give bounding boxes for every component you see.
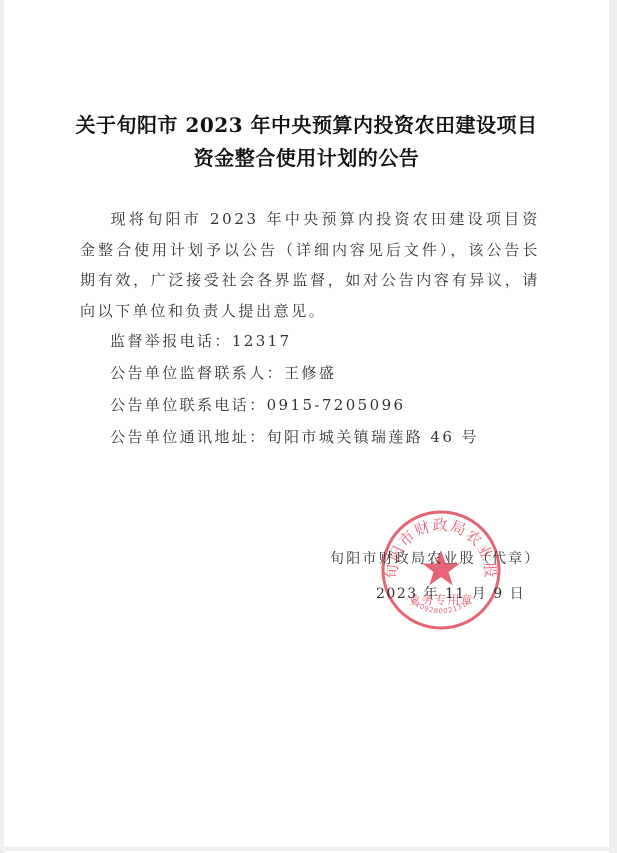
- seal-icon: 旬阳市财政局农业股 业务专用章 6109280021318: [379, 508, 503, 632]
- info-value: 0915-7205096: [267, 396, 406, 414]
- info-value: 12317: [232, 332, 292, 350]
- official-seal-stamp: 旬阳市财政局农业股 业务专用章 6109280021318: [379, 508, 503, 632]
- document-page: 关于旬阳市 2023 年中央预算内投资农田建设项目 资金整合使用计划的公告 现将…: [4, 0, 609, 847]
- document-title-line-2: 资金整合使用计划的公告: [4, 142, 609, 171]
- info-value: 王修盛: [284, 364, 336, 382]
- signature-date: 2023 年 11 月 9 日: [376, 583, 525, 603]
- document-title-line-1: 关于旬阳市 2023 年中央预算内投资农田建设项目: [4, 109, 609, 138]
- body-paragraph-text: 现将旬阳市 2023 年中央预算内投资农田建设项目资金整合使用计划予以公告（详细…: [80, 210, 540, 320]
- info-line-report-phone: 监督举报电话：12317: [110, 330, 292, 351]
- info-label: 监督举报电话：: [110, 332, 232, 350]
- info-label: 公告单位通讯地址：: [110, 428, 267, 446]
- body-paragraph: 现将旬阳市 2023 年中央预算内投资农田建设项目资金整合使用计划予以公告（详细…: [80, 204, 540, 326]
- info-label: 公告单位联系电话：: [110, 396, 267, 414]
- signature-unit: 旬阳市财政局农业股（代章）: [330, 548, 541, 568]
- info-line-contact-phone: 公告单位联系电话：0915-7205096: [110, 394, 405, 415]
- info-line-contact-person: 公告单位监督联系人：王修盛: [110, 362, 336, 383]
- info-value: 旬阳市城关镇瑞莲路 46 号: [267, 428, 479, 446]
- info-label: 公告单位监督联系人：: [110, 364, 284, 382]
- info-line-address: 公告单位通讯地址：旬阳市城关镇瑞莲路 46 号: [110, 426, 479, 447]
- document-viewer[interactable]: 关于旬阳市 2023 年中央预算内投资农田建设项目 资金整合使用计划的公告 现将…: [0, 0, 617, 853]
